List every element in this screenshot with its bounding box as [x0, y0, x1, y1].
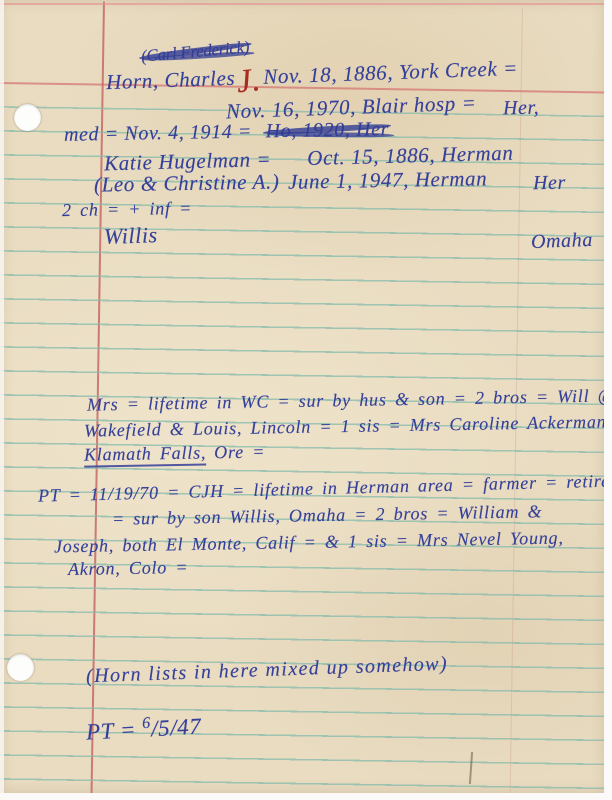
wife-obit-line2: Wakefield & Louis, Lincoln = 1 sis = Mrs…	[84, 411, 612, 441]
underlined-place-name: Klamath Falls,	[84, 442, 207, 467]
punch-hole-bottom	[7, 654, 34, 681]
top-edge-rule	[0, 3, 605, 5]
scanner-edge-bottom	[0, 793, 612, 800]
pt-date-line: PT = 6/5/47	[85, 712, 202, 746]
marriage-date: med = Nov. 4, 1914 =	[64, 120, 258, 145]
pt-date-rest: /5/47	[150, 714, 202, 742]
crossed-out-name: (Carl Frederick)	[140, 37, 250, 66]
birth-date-place: Nov. 18, 1886, York Creek =	[263, 56, 518, 89]
husband-obit-line3: Joseph, both El Monte, Calif = & 1 sis =…	[54, 528, 564, 558]
crossed-out-name-text: (Carl Frederick)	[140, 37, 250, 66]
wife-obit-line1: Mrs = lifetime in WC = sur by hus & son …	[87, 385, 612, 415]
scanner-edge-right	[604, 0, 612, 800]
children-count-note: 2 ch = + inf =	[62, 198, 192, 221]
mixup-note: (Horn lists in here mixed up somehow)	[86, 653, 449, 689]
child-residence: Omaha	[531, 229, 594, 254]
scanned-notebook-page: (Carl Frederick) Horn, CharlesJ.Nov. 18,…	[0, 0, 612, 800]
punch-hole-top	[14, 104, 41, 131]
spouse-death-source-abbrev: Her	[533, 172, 566, 196]
marriage-line: med = Nov. 4, 1914 = Ho, 1920, Her	[64, 118, 389, 147]
child-name: Willis	[104, 222, 159, 250]
pt-date-prefix: PT =	[85, 717, 143, 745]
husband-obit-line4: Akron, Colo =	[68, 557, 189, 580]
ledger-paper: (Carl Frederick) Horn, CharlesJ.Nov. 18,…	[0, 0, 605, 793]
wife-obit-line3-rest: Ore =	[214, 441, 265, 462]
husband-obit-line2: = sur by son Willis, Omaha = 2 bros = Wi…	[112, 501, 543, 530]
death-source-abbrev: Her,	[503, 97, 540, 121]
spouse-parents: (Leo & Christine A.)	[94, 169, 280, 197]
scan-scratch-mark	[469, 752, 473, 784]
wife-obit-line3: Klamath Falls,Ore =	[84, 441, 266, 465]
red-ink-initial: J.	[237, 80, 261, 83]
spouse-death-date-place: June 1, 1947, Herman	[288, 166, 488, 194]
surname-given-name: Horn, Charles	[106, 66, 236, 94]
scanner-edge-left	[0, 0, 4, 800]
marriage-crossed-out-text: Ho, 1920, Her	[265, 118, 389, 143]
